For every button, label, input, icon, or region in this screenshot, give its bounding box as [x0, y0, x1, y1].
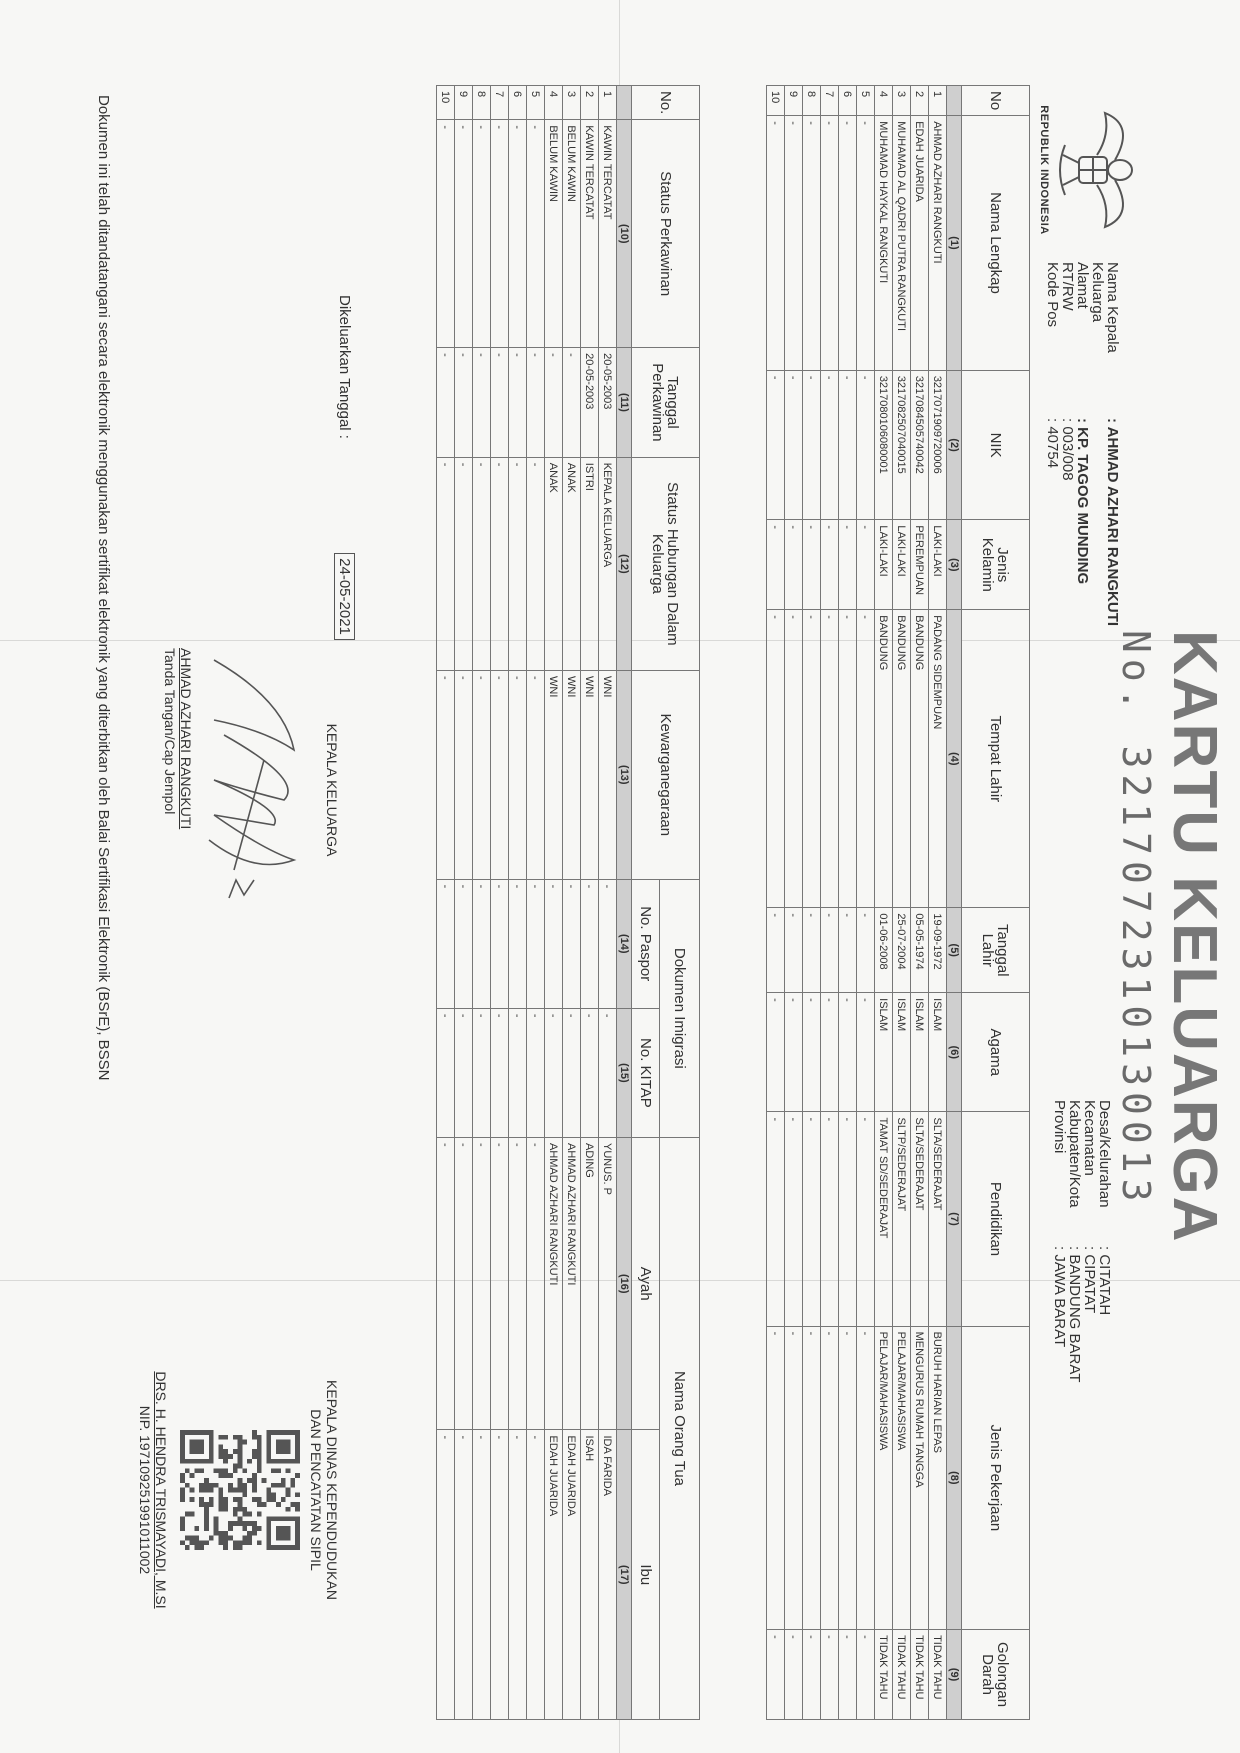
table-cell: -: [437, 1008, 455, 1137]
row-number: 2: [911, 86, 929, 116]
table-cell: -: [491, 457, 509, 670]
official-title-line1: KEPALA DINAS KEPENDUDUKAN: [324, 1330, 340, 1650]
table-cell: 3217071909720006: [929, 370, 947, 520]
info-province: Provinsi: JAWA BARAT: [1052, 1100, 1067, 1382]
row-number: 8: [473, 86, 491, 120]
issued-date: Dikeluarkan Tanggal : 24-05-2021: [334, 295, 355, 640]
table-cell: -: [455, 457, 473, 670]
table-cell: -: [563, 1008, 581, 1137]
column-number: (1): [947, 116, 962, 371]
table-cell: -: [821, 116, 839, 371]
family-card-number: No. 3217072310130013: [1114, 630, 1158, 1208]
table-cell: ISLAM: [929, 993, 947, 1112]
table-cell: -: [785, 1326, 803, 1630]
header-col-5: Tanggal Lahir: [962, 908, 1030, 993]
table-cell: -: [839, 908, 857, 993]
column-number: (7): [947, 1112, 962, 1326]
table-row: 7--------: [491, 86, 509, 1720]
table-cell: -: [491, 1430, 509, 1720]
family-head-signature-block: KEPALA KELUARGA AHMAD AZHARI RANGKUTI Ta…: [162, 640, 340, 940]
header-col-7: Pendidikan: [962, 1112, 1030, 1326]
table-cell: LAKI-LAKI: [929, 520, 947, 610]
row-number: 4: [545, 86, 563, 120]
table-cell: -: [455, 879, 473, 1008]
official-nip: NIP. 197109251991011002: [137, 1330, 153, 1650]
table-cell: BANDUNG: [911, 610, 929, 908]
table-cell: -: [455, 348, 473, 458]
header-no: No.: [632, 86, 700, 120]
table-cell: TIDAK TAHU: [929, 1630, 947, 1720]
row-number: 3: [893, 86, 911, 116]
table-cell: MUHAMAD HAYKAL RANGKUTI: [875, 116, 893, 371]
garuda-emblem: REPUBLIK INDONESIA: [1025, 95, 1145, 245]
table-cell: -: [473, 1430, 491, 1720]
table-cell: -: [437, 120, 455, 348]
table-cell: LAKI-LAKI: [893, 520, 911, 610]
header-citizenship: Kewarganegaraan: [632, 671, 700, 880]
family-head-name: AHMAD AZHARI RANGKUTI: [178, 640, 194, 940]
table-cell: EDAH JUARIDA: [563, 1430, 581, 1720]
row-number: 9: [785, 86, 803, 116]
column-number: (15): [617, 1008, 632, 1137]
table-cell: IDA FARIDA: [599, 1430, 617, 1720]
table-cell: AHMAD AZHARI RANGKUTI: [563, 1137, 581, 1430]
table-cell: -: [821, 1630, 839, 1720]
table-cell: -: [857, 1112, 875, 1326]
table-cell: -: [527, 1137, 545, 1430]
table-cell: -: [491, 348, 509, 458]
table-cell: -: [491, 879, 509, 1008]
header-marriage-date: Tanggal Perkawinan: [632, 348, 700, 458]
table-row: 6--------: [509, 86, 527, 1720]
document-title: KARTU KELUARGA: [1159, 630, 1230, 1244]
table-cell: -: [455, 1137, 473, 1430]
table-cell: BANDUNG: [893, 610, 911, 908]
table-cell: -: [857, 1630, 875, 1720]
column-number: (6): [947, 993, 962, 1112]
table-cell: WNI: [581, 671, 599, 880]
table-cell: -: [767, 610, 785, 908]
table-cell: -: [527, 879, 545, 1008]
table-cell: ISLAM: [911, 993, 929, 1112]
garuda-icon: [1055, 105, 1145, 235]
table-cell: 20-05-2003: [581, 348, 599, 458]
row-number: 1: [929, 86, 947, 116]
header-father: Ayah: [632, 1137, 660, 1430]
table-cell: BANDUNG: [875, 610, 893, 908]
table-header-row: NoNama LengkapNIKJenis KelaminTempat Lah…: [962, 86, 1030, 1720]
table-row: 1KAWIN TERCATAT20-05-2003KEPALA KELUARGA…: [599, 86, 617, 1720]
header-col-9: Golongan Darah: [962, 1630, 1030, 1720]
table-cell: -: [839, 610, 857, 908]
table-cell: 05-05-1974: [911, 908, 929, 993]
table-cell: WNI: [563, 671, 581, 880]
table-row: 9---------: [785, 86, 803, 1720]
table-cell: -: [473, 120, 491, 348]
table-cell: -: [527, 348, 545, 458]
column-number: [947, 86, 962, 116]
table-cell: ISTRI: [581, 457, 599, 670]
table-cell: -: [857, 908, 875, 993]
table-cell: MUHAMAD AL QADRI PUTRA RANGKUTI: [893, 116, 911, 371]
table-cell: -: [509, 457, 527, 670]
table-cell: -: [455, 1008, 473, 1137]
table-row: 7---------: [821, 86, 839, 1720]
column-number: (14): [617, 879, 632, 1008]
table-cell: -: [785, 993, 803, 1112]
row-number: 10: [767, 86, 785, 116]
row-number: 10: [437, 86, 455, 120]
table-cell: -: [437, 457, 455, 670]
header-passport: No. Paspor: [632, 879, 660, 1008]
table-cell: -: [437, 879, 455, 1008]
table-cell: SLTA/SEDERAJAT: [911, 1112, 929, 1326]
table-cell: -: [437, 348, 455, 458]
table-cell: -: [803, 993, 821, 1112]
table-row: 2EDAH JUARIDA3217084505740042PEREMPUANBA…: [911, 86, 929, 1720]
table-cell: LAKI-LAKI: [875, 520, 893, 610]
table-cell: -: [545, 1008, 563, 1137]
qr-code-icon: [180, 1430, 300, 1550]
table-cell: TIDAK TAHU: [875, 1630, 893, 1720]
table-cell: -: [599, 1008, 617, 1137]
table-cell: -: [803, 908, 821, 993]
column-number-row: (1)(2)(3)(4)(5)(6)(7)(8)(9): [947, 86, 962, 1720]
table-cell: ADING: [581, 1137, 599, 1430]
info-rt-rw: RT/RW: 003/008: [1060, 262, 1075, 626]
table-cell: -: [821, 1326, 839, 1630]
table-cell: -: [767, 1630, 785, 1720]
table-cell: -: [473, 879, 491, 1008]
table-cell: MENGURUS RUMAH TANGGA: [911, 1326, 929, 1630]
info-postal-code: Kode Pos: 40754: [1045, 262, 1060, 626]
column-number: (4): [947, 610, 962, 908]
header-parents: Nama Orang Tua: [660, 1137, 700, 1719]
table-cell: -: [803, 370, 821, 520]
header-kitap: No. KITAP: [632, 1008, 660, 1137]
table-cell: PELAJAR/MAHASISWA: [893, 1326, 911, 1630]
table-cell: -: [839, 1112, 857, 1326]
table-cell: -: [473, 1137, 491, 1430]
table-cell: -: [821, 908, 839, 993]
table-cell: 01-06-2008: [875, 908, 893, 993]
table-cell: BURUH HARIAN LEPAS: [929, 1326, 947, 1630]
table-cell: -: [857, 610, 875, 908]
table-cell: -: [581, 879, 599, 1008]
issued-label: Dikeluarkan Tanggal :: [336, 295, 353, 439]
table-cell: -: [527, 1430, 545, 1720]
family-card-document: REPUBLIK INDONESIA KARTU KELUARGA No. 32…: [0, 0, 1240, 1753]
electronic-signature-note: Dokumen ini telah ditandatangani secara …: [95, 95, 112, 1081]
table-cell: 25-07-2004: [893, 908, 911, 993]
table-cell: -: [545, 348, 563, 458]
row-number: 1: [599, 86, 617, 120]
table-cell: BELUM KAWIN: [545, 120, 563, 348]
table-cell: AHMAD AZHARI RANGKUTI: [545, 1137, 563, 1430]
column-number: (13): [617, 671, 632, 880]
table-cell: -: [803, 116, 821, 371]
table-cell: PEREMPUAN: [911, 520, 929, 610]
table-cell: KEPALA KELUARGA: [599, 457, 617, 670]
family-head-title: KEPALA KELUARGA: [324, 640, 340, 940]
table-cell: -: [821, 370, 839, 520]
header-col-0: No: [962, 86, 1030, 116]
table-cell: -: [509, 879, 527, 1008]
table-cell: -: [509, 1137, 527, 1430]
table-cell: -: [473, 671, 491, 880]
table-cell: SLTP/SEDERAJAT: [893, 1112, 911, 1326]
table-row: 10--------: [437, 86, 455, 1720]
table-cell: -: [509, 671, 527, 880]
column-number: (11): [617, 348, 632, 458]
info-district: Kecamatan: CIPATAT: [1082, 1100, 1097, 1382]
table-cell: KAWIN TERCATAT: [599, 120, 617, 348]
header-immigration-docs: Dokumen Imigrasi: [660, 879, 700, 1137]
table-cell: -: [599, 879, 617, 1008]
family-members-table: NoNama LengkapNIKJenis KelaminTempat Lah…: [766, 85, 1030, 1720]
table-cell: -: [785, 1112, 803, 1326]
table-cell: -: [491, 120, 509, 348]
signature-caption: Tanda Tangan/Cap Jempol: [162, 640, 178, 940]
table-cell: AHMAD AZHARI RANGKUTI: [929, 116, 947, 371]
row-number: 5: [527, 86, 545, 120]
table-row: 8--------: [473, 86, 491, 1720]
table-cell: -: [785, 908, 803, 993]
table-cell: -: [821, 1112, 839, 1326]
table-cell: 3217080106080001: [875, 370, 893, 520]
table-cell: -: [785, 116, 803, 371]
header-mother: Ibu: [632, 1430, 660, 1720]
table-cell: SLTA/SEDERAJAT: [929, 1112, 947, 1326]
table-cell: -: [803, 1630, 821, 1720]
column-number: (10): [617, 120, 632, 348]
table-cell: TAMAT SD/SEDERAJAT: [875, 1112, 893, 1326]
table-cell: ANAK: [563, 457, 581, 670]
table-cell: -: [455, 120, 473, 348]
official-name: DRS. H. HENDRA TRISMAYADI, M.SI: [153, 1330, 169, 1650]
table-cell: -: [527, 120, 545, 348]
table-cell: -: [767, 520, 785, 610]
table-cell: -: [839, 993, 857, 1112]
table-cell: -: [437, 1137, 455, 1430]
table-cell: -: [767, 1326, 785, 1630]
table-cell: -: [857, 993, 875, 1112]
official-title-line2: DAN PENCATATAN SIPIL: [308, 1330, 324, 1650]
header-family-relation: Status Hubungan Dalam Keluarga: [632, 457, 700, 670]
signature-icon: [194, 640, 324, 940]
table-cell: -: [839, 370, 857, 520]
table-cell: KAWIN TERCATAT: [581, 120, 599, 348]
table-cell: -: [473, 457, 491, 670]
table-cell: TIDAK TAHU: [893, 1630, 911, 1720]
table-cell: WNI: [599, 671, 617, 880]
household-info-left: Nama Kepala Keluarga: AHMAD AZHARI RANGK…: [1045, 262, 1120, 626]
official-signature-block: KEPALA DINAS KEPENDUDUKAN DAN PENCATATAN…: [137, 1330, 340, 1650]
row-number: 4: [875, 86, 893, 116]
handwritten-signature: [194, 640, 324, 940]
table-cell: -: [785, 610, 803, 908]
table-cell: -: [821, 610, 839, 908]
table-cell: -: [803, 520, 821, 610]
table-cell: ISLAM: [875, 993, 893, 1112]
table-cell: -: [545, 879, 563, 1008]
table-cell: -: [509, 120, 527, 348]
table-cell: -: [785, 520, 803, 610]
table-row: 9--------: [455, 86, 473, 1720]
table-cell: -: [563, 879, 581, 1008]
table-row: 2KAWIN TERCATAT20-05-2003ISTRIWNI--ADING…: [581, 86, 599, 1720]
table-row: 4BELUM KAWIN-ANAKWNI--AHMAD AZHARI RANGK…: [545, 86, 563, 1720]
row-number: 3: [563, 86, 581, 120]
column-number: (2): [947, 370, 962, 520]
row-number: 5: [857, 86, 875, 116]
table-cell: -: [785, 1630, 803, 1720]
table-cell: ANAK: [545, 457, 563, 670]
table-cell: -: [839, 1326, 857, 1630]
table-cell: -: [857, 116, 875, 371]
table-row: 3BELUM KAWIN-ANAKWNI--AHMAD AZHARI RANGK…: [563, 86, 581, 1720]
table-cell: -: [527, 457, 545, 670]
table-cell: -: [473, 348, 491, 458]
table-cell: -: [767, 993, 785, 1112]
table-row: 1AHMAD AZHARI RANGKUTI3217071909720006LA…: [929, 86, 947, 1720]
header-col-1: Nama Lengkap: [962, 116, 1030, 371]
table-cell: ISAH: [581, 1430, 599, 1720]
table-cell: BELUM KAWIN: [563, 120, 581, 348]
issued-date-value: 24-05-2021: [334, 553, 355, 640]
column-number: (16): [617, 1137, 632, 1430]
table-cell: -: [767, 116, 785, 371]
info-village: Desa/Kelurahan: CITATAH: [1097, 1100, 1112, 1382]
table-row: 5--------: [527, 86, 545, 1720]
header-marital-status: Status Perkawinan: [632, 120, 700, 348]
header-col-8: Jenis Pekerjaan: [962, 1326, 1030, 1630]
table-cell: -: [839, 520, 857, 610]
column-number: (12): [617, 457, 632, 670]
table-cell: -: [821, 993, 839, 1112]
table-cell: -: [767, 370, 785, 520]
table-cell: EDAH JUARIDA: [545, 1430, 563, 1720]
table-cell: 20-05-2003: [599, 348, 617, 458]
table-cell: TIDAK TAHU: [911, 1630, 929, 1720]
column-number: (3): [947, 520, 962, 610]
table-cell: -: [527, 1008, 545, 1137]
table-cell: -: [767, 908, 785, 993]
table-cell: -: [563, 348, 581, 458]
table-cell: -: [839, 1630, 857, 1720]
table-row: 8---------: [803, 86, 821, 1720]
table-cell: -: [857, 1326, 875, 1630]
column-number: (5): [947, 908, 962, 993]
table-cell: -: [839, 116, 857, 371]
table-cell: YUNUS. P: [599, 1137, 617, 1430]
table-row: 6---------: [839, 86, 857, 1720]
table-cell: 3217084505740042: [911, 370, 929, 520]
table-row: 3MUHAMAD AL QADRI PUTRA RANGKUTI32170825…: [893, 86, 911, 1720]
table-cell: EDAH JUARIDA: [911, 116, 929, 371]
column-number: [617, 86, 632, 120]
table-cell: -: [455, 671, 473, 880]
table-row: 10---------: [767, 86, 785, 1720]
table-cell: -: [803, 610, 821, 908]
table-cell: WNI: [545, 671, 563, 880]
row-number: 8: [803, 86, 821, 116]
emblem-caption: REPUBLIK INDONESIA: [1038, 95, 1050, 245]
row-number: 7: [491, 86, 509, 120]
column-number: (9): [947, 1630, 962, 1720]
row-number: 6: [509, 86, 527, 120]
header-col-6: Agama: [962, 993, 1030, 1112]
table-cell: -: [857, 370, 875, 520]
table-cell: -: [803, 1326, 821, 1630]
header-col-2: NIK: [962, 370, 1030, 520]
table-cell: -: [491, 671, 509, 880]
column-number: (17): [617, 1430, 632, 1720]
table-cell: -: [509, 348, 527, 458]
table-cell: 19-09-1972: [929, 908, 947, 993]
table-cell: -: [437, 1430, 455, 1720]
family-status-table: No. Status Perkawinan Tanggal Perkawinan…: [436, 85, 700, 1720]
table-header-row: No. Status Perkawinan Tanggal Perkawinan…: [660, 86, 700, 1720]
row-number: 2: [581, 86, 599, 120]
info-address: Alamat: KP. TAGOG MUNDING: [1075, 262, 1090, 626]
table-row: 4MUHAMAD HAYKAL RANGKUTI3217080106080001…: [875, 86, 893, 1720]
table-cell: -: [785, 370, 803, 520]
info-head-of-family: Nama Kepala Keluarga: AHMAD AZHARI RANGK…: [1090, 262, 1120, 626]
row-number: 9: [455, 86, 473, 120]
table-cell: -: [821, 520, 839, 610]
household-info-right: Desa/Kelurahan: CITATAH Kecamatan: CIPAT…: [1052, 1100, 1112, 1382]
row-number: 6: [839, 86, 857, 116]
table-cell: -: [803, 1112, 821, 1326]
info-regency: Kabupaten/Kota: BANDUNG BARAT: [1067, 1100, 1082, 1382]
table-cell: -: [491, 1137, 509, 1430]
table-cell: -: [857, 520, 875, 610]
table-cell: -: [527, 671, 545, 880]
table-cell: -: [437, 671, 455, 880]
table-cell: -: [581, 1008, 599, 1137]
table-cell: -: [473, 1008, 491, 1137]
table-cell: -: [767, 1112, 785, 1326]
column-number-row: (10)(11)(12)(13)(14)(15)(16)(17): [617, 86, 632, 1720]
column-number: (8): [947, 1326, 962, 1630]
table-cell: PELAJAR/MAHASISWA: [875, 1326, 893, 1630]
row-number: 7: [821, 86, 839, 116]
header-col-3: Jenis Kelamin: [962, 520, 1030, 610]
table-row: 5---------: [857, 86, 875, 1720]
table-cell: ISLAM: [893, 993, 911, 1112]
table-cell: -: [455, 1430, 473, 1720]
table-cell: -: [509, 1430, 527, 1720]
table-cell: PADANG SIDEMPUAN: [929, 610, 947, 908]
table-cell: -: [509, 1008, 527, 1137]
table-cell: 3217082507040015: [893, 370, 911, 520]
table-cell: -: [491, 1008, 509, 1137]
header-col-4: Tempat Lahir: [962, 610, 1030, 908]
